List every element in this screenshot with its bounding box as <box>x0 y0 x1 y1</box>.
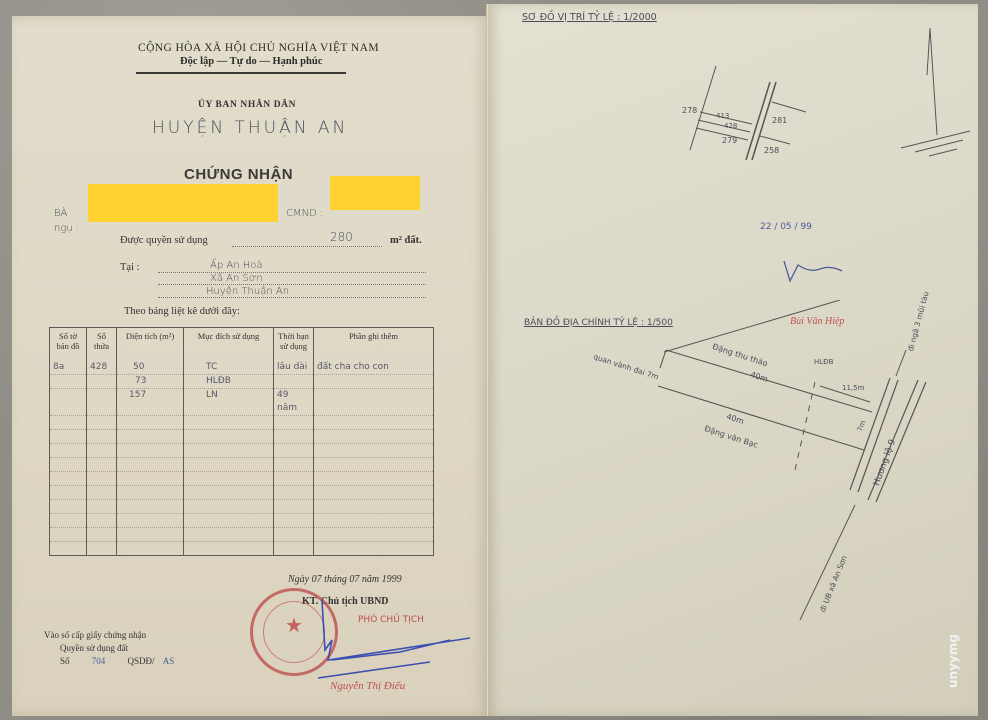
table-row-empty <box>50 542 434 556</box>
address-prefix: ngụ : <box>54 223 79 234</box>
table-row-empty <box>50 416 434 430</box>
cell-purpose: LN <box>184 389 274 416</box>
table-row-empty <box>50 528 434 542</box>
location-label: Tại : <box>120 262 140 273</box>
issue-date: Ngày 07 tháng 07 năm 1999 <box>288 574 402 585</box>
cell-map-sheet <box>50 375 87 389</box>
area-unit: m² đất. <box>390 235 422 246</box>
header-rule <box>136 72 346 74</box>
cell-map-sheet: 8a <box>50 361 87 375</box>
location-dots-2 <box>158 284 426 285</box>
header-parcel-no: Số thửa <box>87 328 117 362</box>
location-district: Huyện Thuận An <box>206 286 289 297</box>
cell-term: 49 năm <box>274 389 314 416</box>
holder-prefix: BÀ <box>54 208 67 219</box>
table-row-empty <box>50 444 434 458</box>
redacted-id-number <box>330 176 420 210</box>
right-to-use-label: Được quyền sử dụng <box>120 235 208 246</box>
issuer-name: HUYỆN THUẬN AN <box>152 118 348 138</box>
issuer-label: ỦY BAN NHÂN DÂN <box>198 100 296 110</box>
table-row-empty <box>50 458 434 472</box>
table-row: 73 HLĐB <box>50 375 434 389</box>
stamp-date: 22 / 05 / 99 <box>760 222 812 232</box>
land-parcel-table: Số tờ bản đồ Số thửa Diện tích (m²) Mục … <box>49 327 434 556</box>
cell-purpose: TC <box>184 361 274 375</box>
cell-notes <box>314 389 434 416</box>
registry-code-label: QSDĐ/ <box>128 656 155 666</box>
certificate-title: CHỨNG NHẬN <box>184 166 293 183</box>
parcel-label: 278 <box>682 106 697 115</box>
table-row: 157 LN 49 năm <box>50 389 434 416</box>
watermark-text: unyymg <box>946 634 960 688</box>
table-row-empty <box>50 430 434 444</box>
area-dots <box>232 246 382 247</box>
table-row-empty <box>50 514 434 528</box>
registry-no-value: 704 <box>92 656 106 666</box>
approval-signature-icon <box>780 255 850 285</box>
parcel-label: 428 <box>724 122 737 130</box>
header-map-sheet: Số tờ bản đồ <box>50 328 87 362</box>
national-header: CỘNG HÒA XÃ HỘI CHỦ NGHĨA VIỆT NAM <box>138 42 379 54</box>
cell-notes <box>314 375 434 389</box>
cell-term <box>274 375 314 389</box>
parcel-label: 413 <box>716 112 729 120</box>
cell-parcel-no <box>87 389 117 416</box>
cell-term: lâu dài <box>274 361 314 375</box>
cell-parcel-no <box>87 375 117 389</box>
table-row: 8a 428 50 TC lâu dài đất cha cho con <box>50 361 434 375</box>
table-row-empty <box>50 486 434 500</box>
parcel-label: 281 <box>772 116 787 125</box>
registry-code-value: AS <box>163 656 175 666</box>
header-area: Diện tích (m²) <box>117 328 184 362</box>
redacted-holder-name <box>88 184 278 222</box>
table-header-row: Số tờ bản đồ Số thửa Diện tích (m²) Mục … <box>50 328 434 362</box>
header-purpose: Mục đích sử dụng <box>184 328 274 362</box>
setback-label: 11,5m <box>842 384 864 392</box>
location-map-title: SƠ ĐỒ VỊ TRÍ TỶ LỆ : 1/2000 <box>522 12 657 23</box>
table-intro: Theo bảng liệt kê dưới đây: <box>124 306 240 317</box>
registry-no-label: Số <box>60 656 70 666</box>
table-row-empty <box>50 472 434 486</box>
registry-number-row: Số 704 QSDĐ/ AS <box>60 656 174 666</box>
ink-signature-icon <box>280 600 480 680</box>
header-term: Thời hạn sử dụng <box>274 328 314 362</box>
location-hamlet: Ấp An Hoà <box>210 260 263 271</box>
cell-notes: đất cha cho con <box>314 361 434 375</box>
location-dots-1 <box>158 272 426 273</box>
parcel-label: 279 <box>722 136 737 145</box>
registry-line-1: Vào số cấp giấy chứng nhận <box>44 630 146 640</box>
surveyor-signature: Bùi Văn Hiệp <box>790 316 844 327</box>
signer-name: Nguyễn Thị Điểu <box>330 680 405 692</box>
cell-map-sheet <box>50 389 87 416</box>
north-arrow-icon <box>895 25 975 165</box>
cell-purpose: HLĐB <box>184 375 274 389</box>
cell-area: 50 <box>117 361 184 375</box>
cell-parcel-no: 428 <box>87 361 117 375</box>
header-notes: Phần ghi thêm <box>314 328 434 362</box>
cell-area: 73 <box>117 375 184 389</box>
national-motto: Độc lập — Tự do — Hạnh phúc <box>180 56 322 67</box>
area-value: 280 <box>330 230 353 244</box>
parcel-label: 258 <box>764 146 779 155</box>
id-label: CMND : <box>286 208 323 219</box>
cell-area: 157 <box>117 389 184 416</box>
table-row-empty <box>50 500 434 514</box>
corridor-label: HLĐB <box>814 358 833 366</box>
registry-line-2: Quyền sử dụng đất <box>60 643 128 653</box>
location-commune: Xã An Sơn <box>210 273 263 284</box>
star-emblem-icon: ★ <box>285 613 303 638</box>
location-dots-3 <box>158 297 426 298</box>
